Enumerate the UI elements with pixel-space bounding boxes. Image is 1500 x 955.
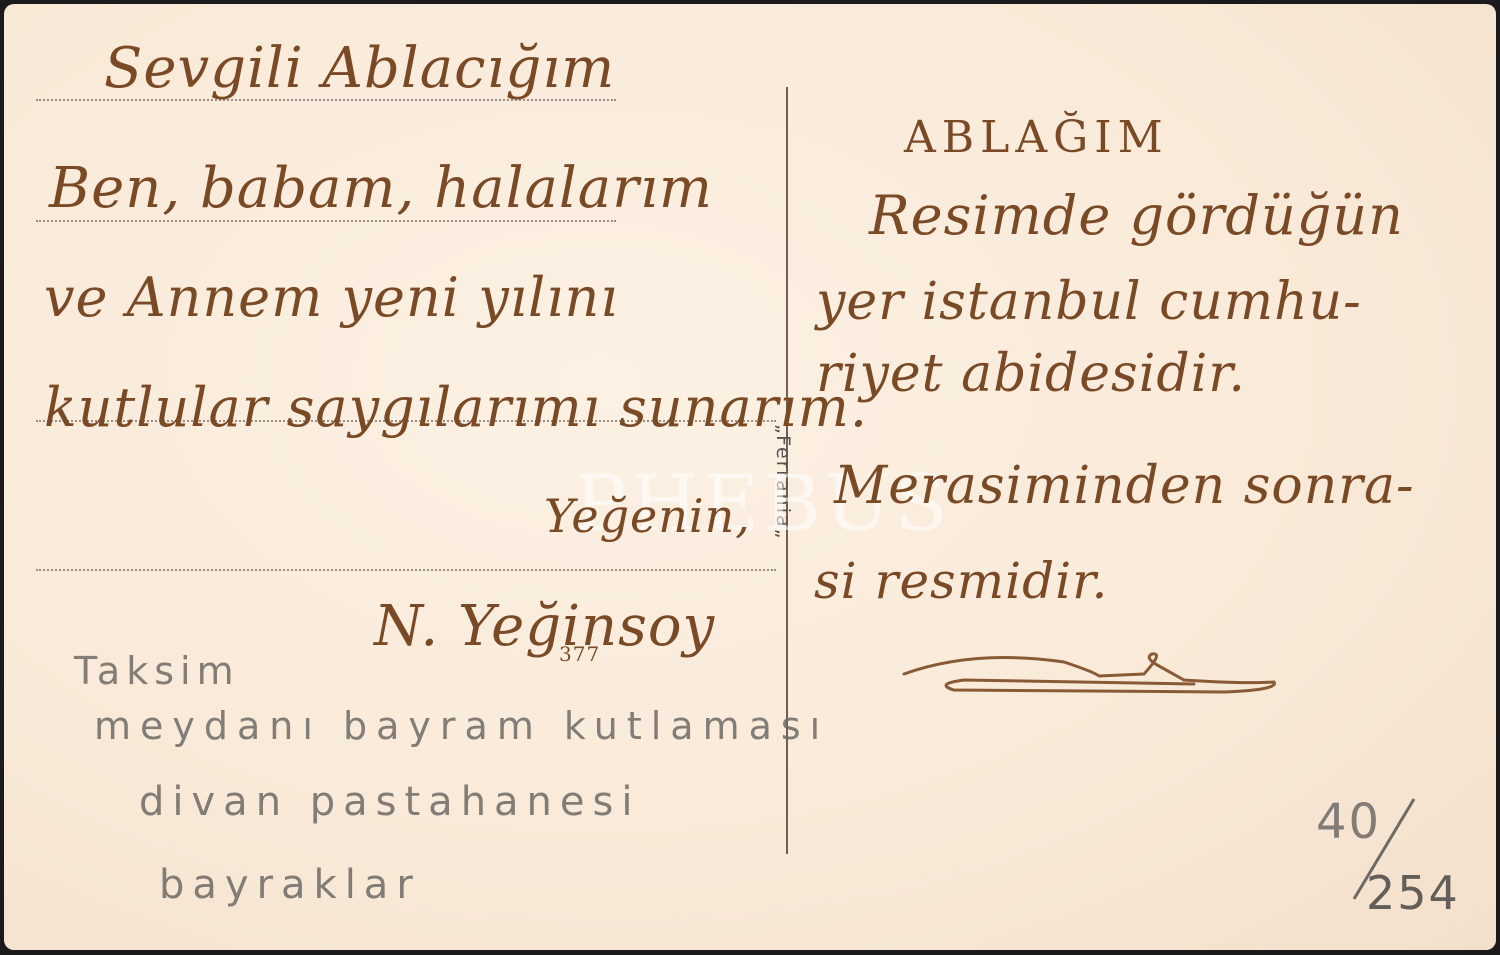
dotted-line xyxy=(36,569,776,571)
catalog-number-denominator: 254 xyxy=(1366,866,1460,920)
right-line-5: si resmidir. xyxy=(814,552,1108,610)
postcard-back: „Ferrania„ PHEBUS Sevgili Ablacığım Ben,… xyxy=(4,4,1496,950)
greeting-handwritten: Sevgili Ablacığım xyxy=(104,36,615,101)
right-line-2: yer istanbul cumhu- xyxy=(816,272,1362,332)
pencil-note-line-3: divan pastahanesi xyxy=(139,779,640,825)
sender-signature: N. Yeğinsoy xyxy=(374,594,715,659)
pencil-note-line-4: bayraklar xyxy=(159,862,421,908)
closing-handwritten: Yeğenin, xyxy=(544,489,751,543)
pencil-note-line-2: meydanı bayram kutlaması xyxy=(94,704,829,748)
message-line-1: Ben, babam, halalarım xyxy=(49,156,713,221)
right-heading-handwritten: ABLAĞIM xyxy=(904,112,1169,163)
right-line-4: Merasiminden sonra- xyxy=(834,456,1415,516)
message-line-2: ve Annem yeni yılını xyxy=(44,266,619,329)
pencil-note-line-1: Taksim xyxy=(74,649,240,693)
right-line-3: riyet abidesidir. xyxy=(816,344,1246,404)
right-line-1: Resimde gördüğün xyxy=(869,184,1404,247)
signature-flourish-icon xyxy=(894,644,1294,704)
signature-number: 377 xyxy=(559,642,600,666)
message-line-3: kutlular saygılarımı sunarım. xyxy=(44,376,868,439)
